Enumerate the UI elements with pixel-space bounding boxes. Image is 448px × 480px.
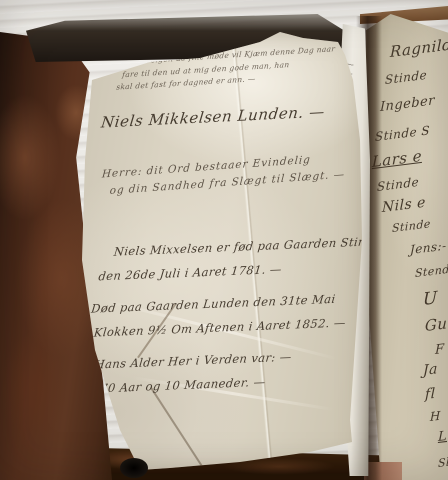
right-page-text-fragment: L [438,429,447,445]
right-page-text-fragment: U [423,288,438,310]
right-page-text-fragment: Stinde [392,217,431,235]
life-record-text: Niels Mixxelsen er fød paa Gaarden Stind… [82,229,382,401]
right-page-text-fragment: F [435,342,445,358]
right-page-text-fragment: H [430,409,441,424]
right-page-text-fragment: Stinde S [375,123,430,144]
right-page-text-fragment: Ingeber [380,93,435,115]
right-page-text-fragment: Ja [423,361,438,379]
ink-blot-or-hole [120,458,148,478]
right-page-text-fragment: Jens:- [410,238,447,257]
scripture-verse: Herre: dit Ord bestaaer Evindelig og din… [100,149,347,200]
right-page-text-fragment: Stinde [385,68,427,87]
page-scratch-line [150,387,210,478]
right-page-text-fragment: Sl [438,455,448,470]
right-page-text-fragment: Gu [425,314,448,335]
photo-of-open-manuscript-book: RagnildStindeIngeberStinde SLars eStinde… [0,0,448,480]
right-page-text-fragment: fl [425,386,436,403]
right-page-text-fragment: Stinde [377,175,419,194]
right-page-text-fragment: Nils e [382,195,426,217]
right-page-text-fragment: Stend [415,263,448,280]
page-title-name: Niels Mikkelsen Lunden. — [100,102,326,131]
right-page-text-fragment: Ragnild [390,35,448,61]
